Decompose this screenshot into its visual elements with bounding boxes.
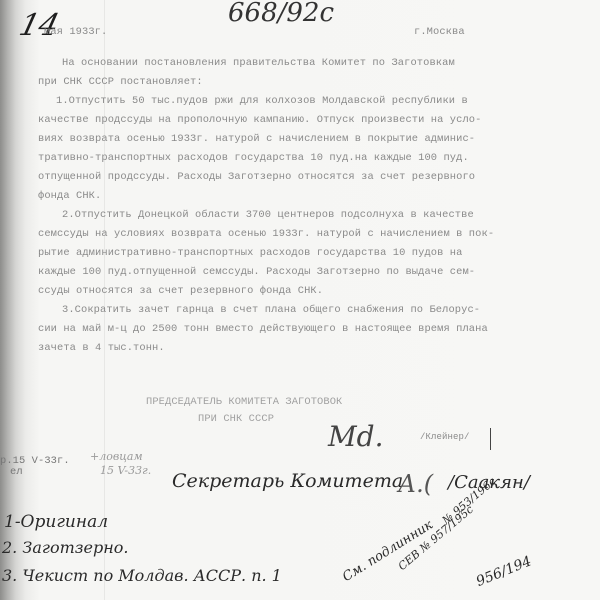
chairman-name: /Клейнер/	[420, 432, 470, 442]
chairman-signature: Мd.	[328, 420, 384, 453]
body-line: тративно-транспортных расходов государст…	[38, 152, 469, 164]
body-line: качестве продссуды на прополочную кампан…	[38, 114, 481, 126]
secretary-signature: А.(	[398, 470, 433, 498]
handwritten-note: +ловцам	[90, 450, 143, 463]
body-line: зачета в 4 тыс.тонн.	[38, 342, 165, 354]
distribution-item: 1-Оригинал	[4, 512, 108, 532]
body-line: отпущенной продссуды. Расходы Заготзерно…	[38, 171, 475, 183]
body-line: сии на май м-ц до 2500 тонн вместо дейст…	[38, 323, 488, 335]
body-line: 1.Отпустить 50 тыс.пудов ржи для колхозо…	[56, 95, 468, 107]
body-line: каждые 100 пуд.отпущенной семссуды. Расх…	[38, 266, 475, 278]
cross-references: См. подлинник № 953/196с СЕВ № 957/195с …	[340, 500, 600, 600]
handwritten-date: 15 V-33г.	[100, 464, 151, 477]
body-line: при СНК СССР постановляет:	[38, 76, 203, 88]
chairman-title-2: ПРИ СНК СССР	[198, 413, 274, 425]
body-line: 3.Сократить зачет гарнца в счет плана об…	[62, 304, 480, 316]
body-line: семссуды на условиях возврата осенью 193…	[38, 228, 494, 240]
typed-initials: ел	[10, 466, 23, 478]
distribution-item: 2. Заготзерно.	[2, 538, 128, 557]
body-line: На основании постановления правительства…	[62, 57, 455, 69]
signature-bracket	[490, 428, 491, 450]
cross-ref: 956/194	[474, 553, 534, 590]
scanned-document: 14 мая 1933г. 668/92с г.Москва На основа…	[0, 0, 600, 600]
body-line: рытие административно-транспортных расхо…	[38, 247, 462, 259]
place: г.Москва	[414, 26, 465, 38]
registration-number: 668/92с	[228, 0, 334, 28]
fold-crease	[104, 0, 105, 600]
date-typed: мая 1933г.	[44, 26, 107, 38]
body-line: 2.Отпустить Донецкой области 3700 центне…	[62, 209, 474, 221]
body-line: виях возврата осенью 1933г. натурой с на…	[38, 133, 475, 145]
body-line: ссуды относятся за счет резервного фонда…	[38, 285, 323, 297]
secretary-title: Секретарь Комитета	[172, 470, 403, 492]
distribution-item: 3. Чекист по Молдав. АССР. п. 1	[2, 566, 282, 585]
chairman-title: ПРЕДСЕДАТЕЛЬ КОМИТЕТА ЗАГОТОВОК	[146, 396, 342, 408]
body-line: фонда СНК.	[38, 190, 101, 202]
